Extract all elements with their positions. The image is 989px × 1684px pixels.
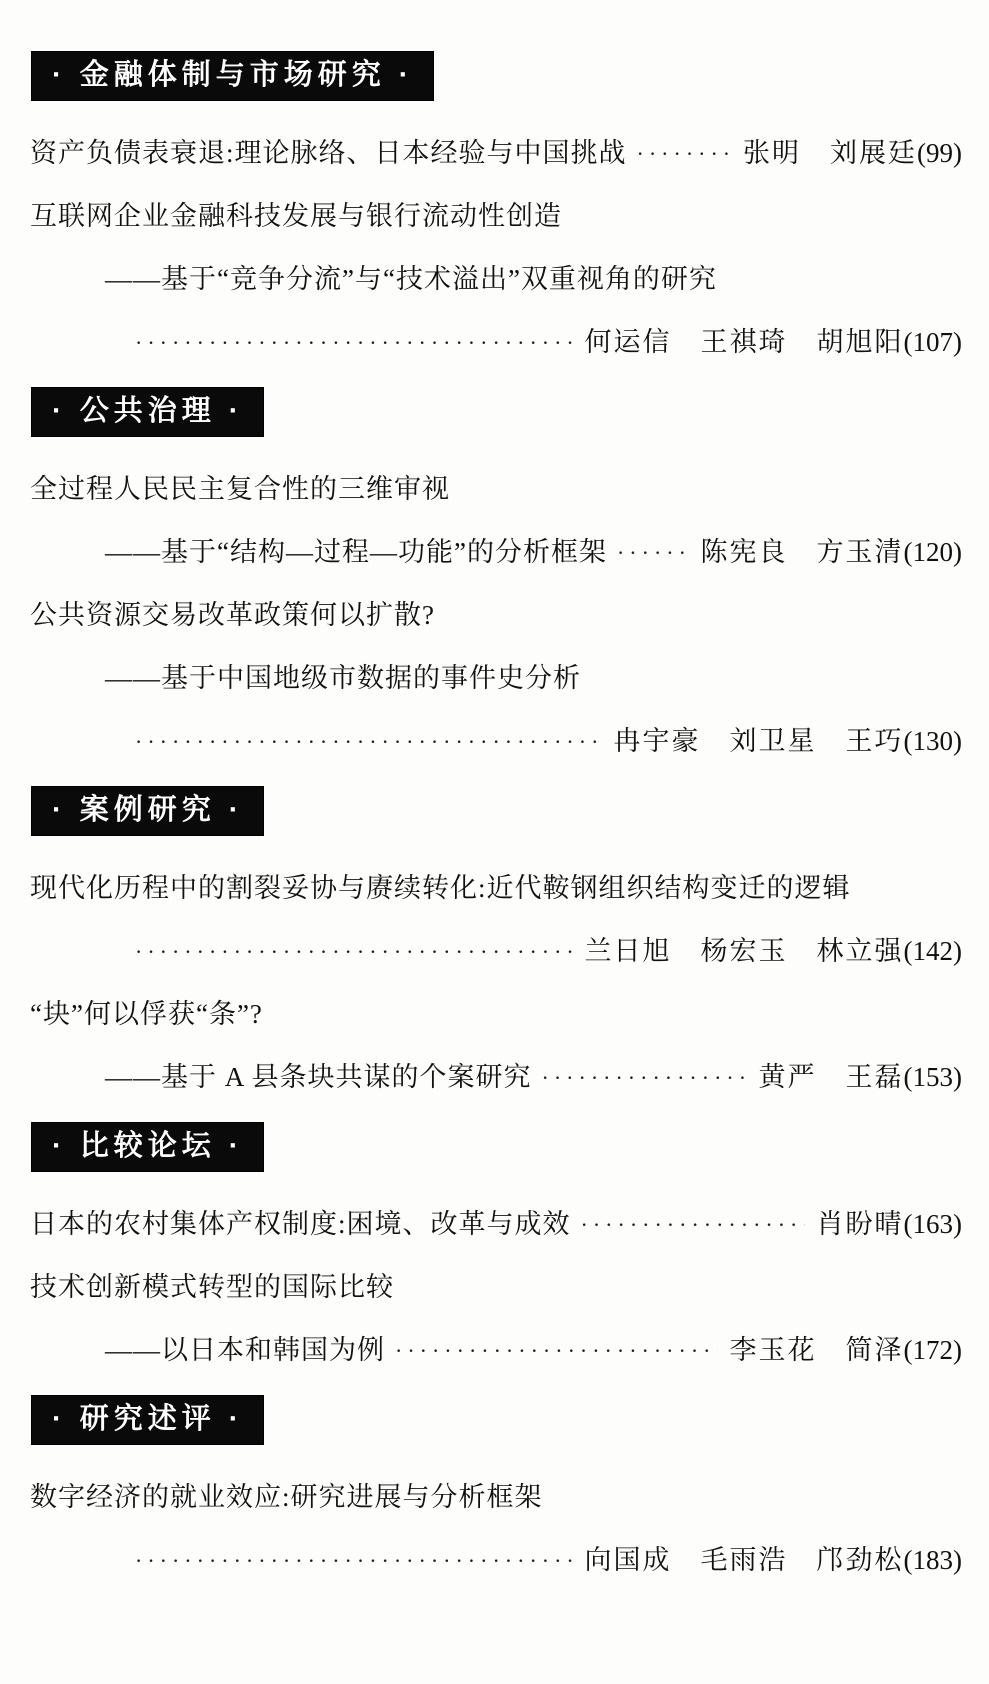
section-header-case-study: · 案例研究 ·	[32, 787, 263, 835]
toc-line: 兰日旭 杨宏玉 林立强 (142)	[30, 934, 962, 968]
article-authors: 向国成 毛雨浩 邝劲松	[585, 1543, 904, 1577]
section-header-label: · 比较论坛 ·	[52, 1130, 243, 1162]
toc-line: 现代化历程中的割裂妥协与赓续转化:近代鞍钢组织结构变迁的逻辑	[30, 871, 962, 905]
article-authors: 陈宪良 方玉清	[701, 535, 904, 569]
article-page-number: (153)	[904, 1060, 962, 1094]
dot-leader	[135, 933, 573, 969]
section-header-label: · 金融体制与市场研究 ·	[52, 59, 413, 91]
article-page-number: (163)	[904, 1207, 962, 1241]
toc-line: 技术创新模式转型的国际比较	[30, 1270, 962, 1304]
article-subtitle: ——基于“竞争分流”与“技术溢出”双重视角的研究	[105, 262, 717, 296]
toc-line: 日本的农村集体产权制度:困境、改革与成效 肖盼晴 (163)	[30, 1207, 962, 1241]
dot-leader	[135, 324, 573, 360]
dot-leader	[135, 1542, 573, 1578]
toc-line: 冉宇豪 刘卫星 王巧 (130)	[30, 724, 962, 758]
article-page-number: (107)	[904, 325, 962, 359]
toc-line: 资产负债表衰退:理论脉络、日本经验与中国挑战 张明 刘展廷 (99)	[30, 136, 962, 170]
article-authors: 张明 刘展廷	[743, 136, 917, 170]
section-finance: · 金融体制与市场研究 · 资产负债表衰退:理论脉络、日本经验与中国挑战 张明 …	[30, 52, 962, 359]
article-title: 技术创新模式转型的国际比较	[30, 1270, 394, 1304]
toc-line: ——基于“竞争分流”与“技术溢出”双重视角的研究	[30, 262, 962, 296]
article-title: 现代化历程中的割裂妥协与赓续转化:近代鞍钢组织结构变迁的逻辑	[30, 871, 851, 905]
article-page-number: (99)	[917, 136, 962, 170]
toc-line: ——基于“结构—过程—功能”的分析框架 陈宪良 方玉清 (120)	[30, 535, 962, 569]
section-header-label: · 案例研究 ·	[52, 794, 243, 826]
toc-line: ——基于中国地级市数据的事件史分析	[30, 661, 962, 695]
toc-line: 何运信 王祺琦 胡旭阳 (107)	[30, 325, 962, 359]
section-header-label: · 公共治理 ·	[52, 395, 243, 427]
article-title: 日本的农村集体产权制度:困境、改革与成效	[30, 1207, 571, 1241]
article-title: 资产负债表衰退:理论脉络、日本经验与中国挑战	[30, 136, 627, 170]
article-page-number: (142)	[904, 934, 962, 968]
article-page-number: (172)	[904, 1333, 962, 1367]
dot-leader	[617, 534, 689, 570]
article-page-number: (120)	[904, 535, 962, 569]
article-authors: 兰日旭 杨宏玉 林立强	[585, 934, 904, 968]
toc-line: 全过程人民民主复合性的三维审视	[30, 472, 962, 506]
article-title: 公共资源交易改革政策何以扩散?	[30, 598, 435, 632]
toc-line: ——基于 A 县条块共谋的个案研究 黄严 王磊 (153)	[30, 1060, 962, 1094]
toc-line: ——以日本和韩国为例 李玉花 简泽 (172)	[30, 1333, 962, 1367]
section-public-governance: · 公共治理 · 全过程人民民主复合性的三维审视 ——基于“结构—过程—功能”的…	[30, 388, 962, 758]
section-header-comparative-forum: · 比较论坛 ·	[32, 1123, 263, 1171]
article-subtitle: ——基于 A 县条块共谋的个案研究	[105, 1060, 532, 1094]
article-title: “块”何以俘获“条”?	[30, 997, 263, 1031]
article-authors: 李玉花 简泽	[730, 1333, 904, 1367]
article-title: 数字经济的就业效应:研究进展与分析框架	[30, 1480, 543, 1514]
article-authors: 冉宇豪 刘卫星 王巧	[614, 724, 904, 758]
toc-line: 数字经济的就业效应:研究进展与分析框架	[30, 1480, 962, 1514]
dot-leader	[581, 1206, 805, 1242]
dot-leader	[542, 1059, 747, 1095]
section-research-review: · 研究述评 · 数字经济的就业效应:研究进展与分析框架 向国成 毛雨浩 邝劲松…	[30, 1396, 962, 1577]
article-page-number: (183)	[904, 1543, 962, 1577]
article-subtitle: ——以日本和韩国为例	[105, 1333, 385, 1367]
toc-line: 公共资源交易改革政策何以扩散?	[30, 598, 962, 632]
dot-leader	[395, 1332, 718, 1368]
article-authors: 黄严 王磊	[759, 1060, 904, 1094]
dot-leader	[135, 723, 602, 759]
article-subtitle: ——基于中国地级市数据的事件史分析	[105, 661, 581, 695]
section-header-label: · 研究述评 ·	[52, 1403, 243, 1435]
toc-line: 向国成 毛雨浩 邝劲松 (183)	[30, 1543, 962, 1577]
section-header-research-review: · 研究述评 ·	[32, 1396, 263, 1444]
article-title: 互联网企业金融科技发展与银行流动性创造	[30, 199, 562, 233]
article-subtitle: ——基于“结构—过程—功能”的分析框架	[105, 535, 607, 569]
section-case-study: · 案例研究 · 现代化历程中的割裂妥协与赓续转化:近代鞍钢组织结构变迁的逻辑 …	[30, 787, 962, 1094]
article-page-number: (130)	[904, 724, 962, 758]
toc-line: “块”何以俘获“条”?	[30, 997, 962, 1031]
article-title: 全过程人民民主复合性的三维审视	[30, 472, 450, 506]
section-header-public-governance: · 公共治理 ·	[32, 388, 263, 436]
section-header-finance: · 金融体制与市场研究 ·	[32, 52, 433, 100]
section-comparative-forum: · 比较论坛 · 日本的农村集体产权制度:困境、改革与成效 肖盼晴 (163) …	[30, 1123, 962, 1367]
toc-line: 互联网企业金融科技发展与银行流动性创造	[30, 199, 962, 233]
article-authors: 肖盼晴	[817, 1207, 904, 1241]
dot-leader	[637, 135, 732, 171]
article-authors: 何运信 王祺琦 胡旭阳	[585, 325, 904, 359]
journal-toc-page: · 金融体制与市场研究 · 资产负债表衰退:理论脉络、日本经验与中国挑战 张明 …	[0, 0, 989, 1684]
